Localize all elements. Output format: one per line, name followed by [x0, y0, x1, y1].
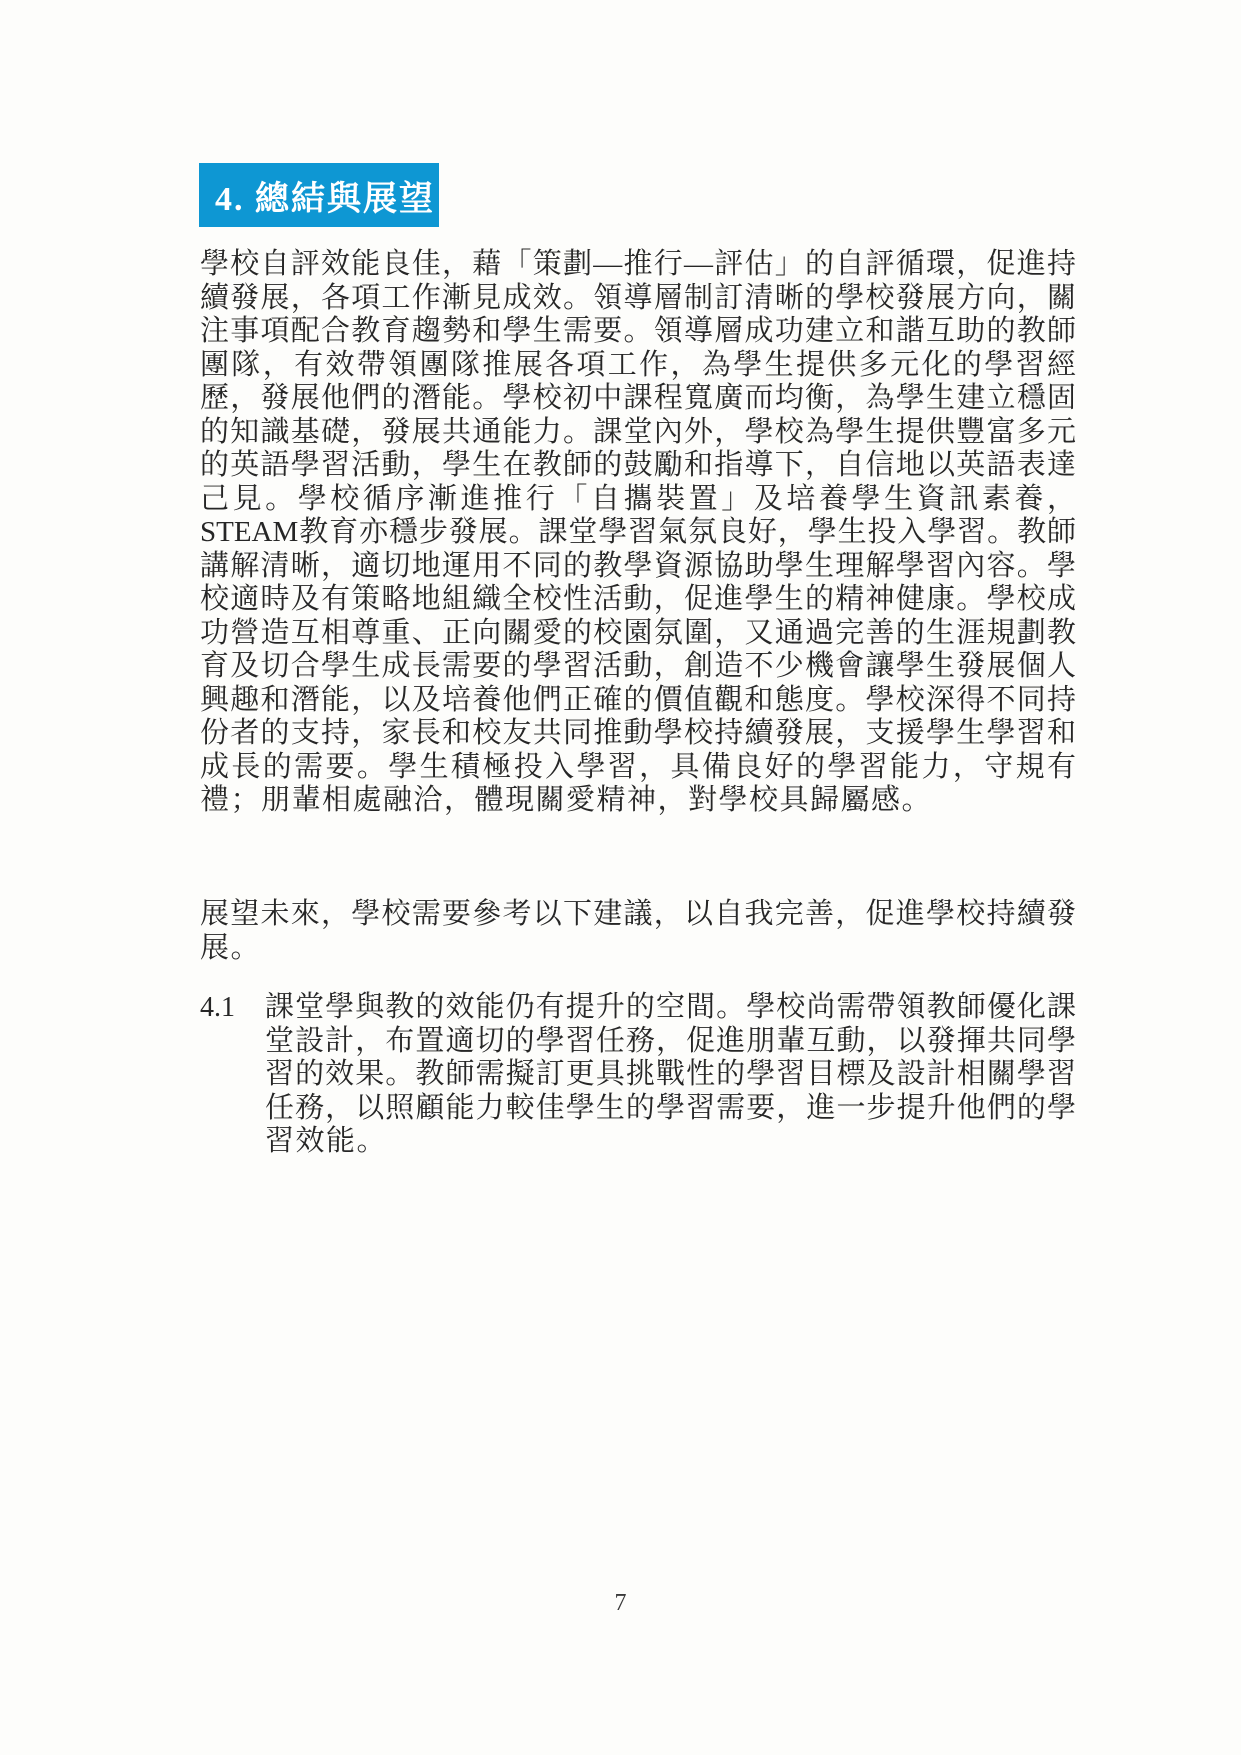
text-line: 講解清晰，適切地運用不同的教學資源協助學生理解學習內容。學: [200, 550, 1076, 584]
summary-paragraph: 學校自評效能良佳，藉「策劃—推行—評估」的自評循環，促進持續發展，各項工作漸見成…: [200, 248, 1076, 818]
text-line: 習效能。: [265, 1125, 1076, 1159]
text-line: 育及切合學生成長需要的學習活動，創造不少機會讓學生發展個人: [200, 650, 1076, 684]
recommendation-text: 課堂學與教的效能仍有提升的空間。學校尚需帶領教師優化課堂設計，布置適切的學習任務…: [265, 991, 1076, 1159]
text-line: STEAM教育亦穩步發展。課堂學習氣氛良好，學生投入學習。教師: [200, 516, 1076, 550]
text-line: 團隊，有效帶領團隊推展各項工作，為學生提供多元化的學習經: [200, 349, 1076, 383]
text-line: 任務，以照顧能力較佳學生的學習需要，進一步提升他們的學: [265, 1092, 1076, 1126]
text-line: 展。: [200, 932, 1076, 966]
text-line: 課堂學與教的效能仍有提升的空間。學校尚需帶領教師優化課: [265, 991, 1076, 1025]
text-line: 份者的支持，家長和校友共同推動學校持續發展，支援學生學習和: [200, 717, 1076, 751]
outlook-paragraph: 展望未來，學校需要參考以下建議，以自我完善，促進學校持續發展。: [200, 898, 1076, 965]
text-line: 興趣和潛能，以及培養他們正確的價值觀和態度。學校深得不同持: [200, 684, 1076, 718]
text-line: 續發展，各項工作漸見成效。領導層制訂清晰的學校發展方向，關: [200, 282, 1076, 316]
text-line: 的知識基礎，發展共通能力。課堂內外，學校為學生提供豐富多元: [200, 416, 1076, 450]
text-line: 禮；朋輩相處融洽，體現關愛精神，對學校具歸屬感。: [200, 784, 1076, 818]
text-line: 堂設計，布置適切的學習任務，促進朋輩互動，以發揮共同學: [265, 1025, 1076, 1059]
text-line: 展望未來，學校需要參考以下建議，以自我完善，促進學校持續發: [200, 898, 1076, 932]
page-number: 7: [0, 1590, 1241, 1617]
recommendation-number: 4.1: [200, 991, 235, 1025]
text-line: 習的效果。教師需擬訂更具挑戰性的學習目標及設計相關學習: [265, 1058, 1076, 1092]
text-line: 注事項配合教育趨勢和學生需要。領導層成功建立和諧互助的教師: [200, 315, 1076, 349]
document-page: 4. 總結與展望 學校自評效能良佳，藉「策劃—推行—評估」的自評循環，促進持續發…: [0, 0, 1241, 1755]
text-line: 的英語學習活動，學生在教師的鼓勵和指導下，自信地以英語表達: [200, 449, 1076, 483]
text-line: 己見。學校循序漸進推行「自攜裝置」及培養學生資訊素養，: [200, 483, 1076, 517]
text-line: 學校自評效能良佳，藉「策劃—推行—評估」的自評循環，促進持: [200, 248, 1076, 282]
text-line: 歷，發展他們的潛能。學校初中課程寬廣而均衡，為學生建立穩固: [200, 382, 1076, 416]
text-line: 成長的需要。學生積極投入學習，具備良好的學習能力，守規有: [200, 751, 1076, 785]
section-header: 4. 總結與展望: [199, 163, 439, 227]
section-title: 4. 總結與展望: [215, 171, 435, 220]
text-line: 功營造互相尊重、正向關愛的校園氛圍，又通過完善的生涯規劃教: [200, 617, 1076, 651]
text-line: 校適時及有策略地組織全校性活動，促進學生的精神健康。學校成: [200, 583, 1076, 617]
